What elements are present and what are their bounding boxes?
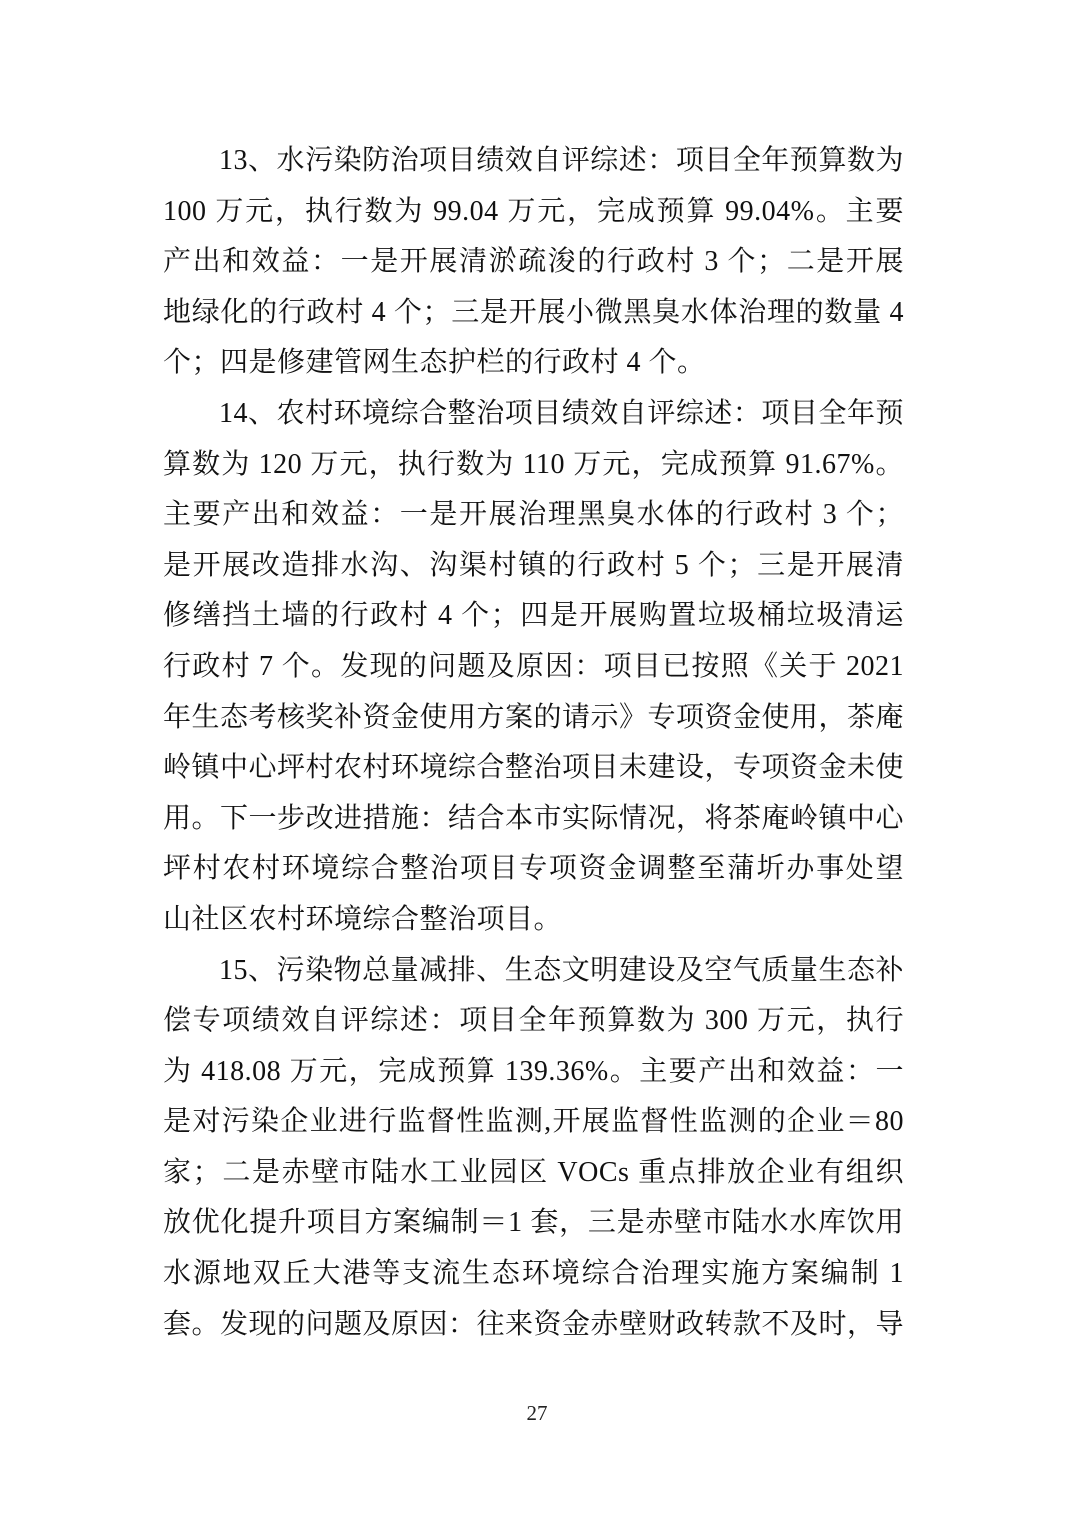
page-footer: 27 (0, 1398, 1074, 1428)
text-line: 个；四是修建管网生态护栏的行政村 4 个。 (163, 338, 904, 389)
text-line: 为 418.08 万元，完成预算 139.36%。主要产出和效益：一 (163, 1047, 904, 1098)
text-line: 山社区农村环境综合整治项目。 (163, 895, 904, 946)
text-line: 100 万元，执行数为 99.04 万元，完成预算 99.04%。主要 (163, 187, 904, 238)
text-line: 产出和效益：一是开展清淤疏浚的行政村 3 个；二是开展湿 (163, 237, 904, 288)
text-line: 行政村 7 个。发现的问题及原因：项目已按照《关于 2021 (163, 642, 904, 693)
paragraph-item-15: 15、污染物总量减排、生态文明建设及空气质量生态补 偿专项绩效自评综述：项目全年… (163, 946, 904, 1351)
text-line: 是开展改造排水沟、沟渠村镇的行政村 5 个；三是开展清淤 (163, 541, 904, 592)
text-line: 放优化提升项目方案编制＝1 套，三是赤壁市陆水水库饮用 (163, 1198, 904, 1249)
text-line: 14、农村环境综合整治项目绩效自评综述：项目全年预 (163, 389, 904, 440)
text-line: 岭镇中心坪村农村环境综合整治项目未建设，专项资金未使 (163, 743, 904, 794)
text-line: 15、污染物总量减排、生态文明建设及空气质量生态补 (163, 946, 904, 997)
text-line: 家；二是赤壁市陆水工业园区 VOCs 重点排放企业有组织排 (163, 1148, 904, 1199)
text-line: 算数为 120 万元，执行数为 110 万元，完成预算 91.67%。 (163, 440, 904, 491)
text-line: 套。发现的问题及原因：往来资金赤壁财政转款不及时，导 (163, 1300, 904, 1351)
text-line: 修缮挡土墙的行政村 4 个；四是开展购置垃圾桶垃圾清运的 (163, 591, 904, 642)
text-line: 是对污染企业进行监督性监测,开展监督性监测的企业＝80 (163, 1097, 904, 1148)
document-body: 13、水污染防治项目绩效自评综述：项目全年预算数为 100 万元，执行数为 99… (163, 136, 904, 1350)
text-line: 坪村农村环境综合整治项目专项资金调整至蒲圻办事处望 (163, 844, 904, 895)
page-number: 27 (527, 1401, 548, 1425)
document-page: 13、水污染防治项目绩效自评综述：项目全年预算数为 100 万元，执行数为 99… (0, 0, 1074, 1520)
text-line: 地绿化的行政村 4 个；三是开展小微黑臭水体治理的数量 4 (163, 288, 904, 339)
text-line: 偿专项绩效自评综述：项目全年预算数为 300 万元，执行数 (163, 996, 904, 1047)
text-line: 用。下一步改进措施：结合本市实际情况，将茶庵岭镇中心 (163, 794, 904, 845)
text-line: 年生态考核奖补资金使用方案的请示》专项资金使用，茶庵 (163, 693, 904, 744)
text-line: 13、水污染防治项目绩效自评综述：项目全年预算数为 (163, 136, 904, 187)
paragraph-item-14: 14、农村环境综合整治项目绩效自评综述：项目全年预 算数为 120 万元，执行数… (163, 389, 904, 946)
text-line: 主要产出和效益：一是开展治理黑臭水体的行政村 3 个；二 (163, 490, 904, 541)
text-line: 水源地双丘大港等支流生态环境综合治理实施方案编制 1 (163, 1249, 904, 1300)
paragraph-item-13: 13、水污染防治项目绩效自评综述：项目全年预算数为 100 万元，执行数为 99… (163, 136, 904, 389)
